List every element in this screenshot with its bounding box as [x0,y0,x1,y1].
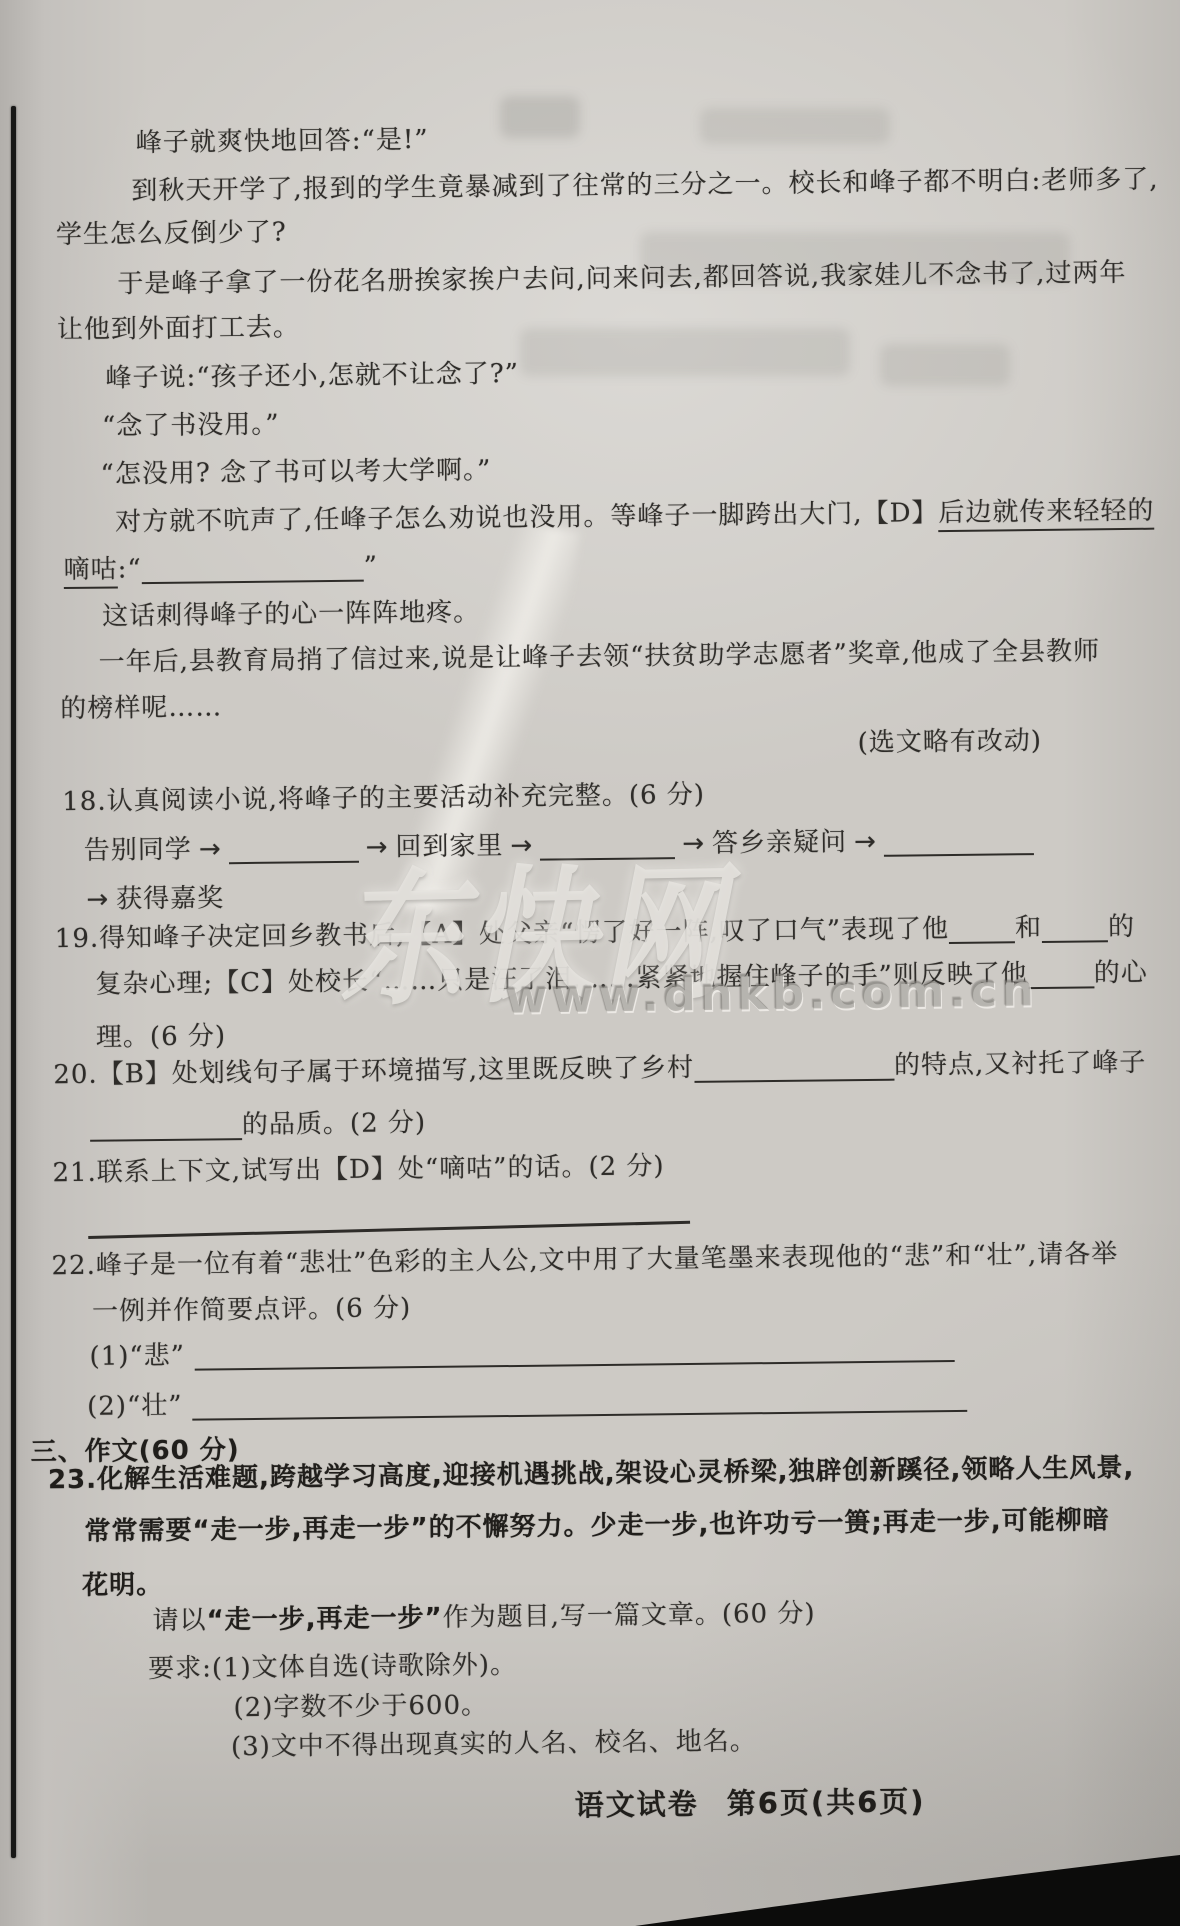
photo-background-corner [0,0,1180,1926]
scanned-exam-page: 峰子就爽快地回答:“是!” 到秋天开学了,报到的学生竟暴减到了往常的三分之一。校… [0,0,1180,1926]
